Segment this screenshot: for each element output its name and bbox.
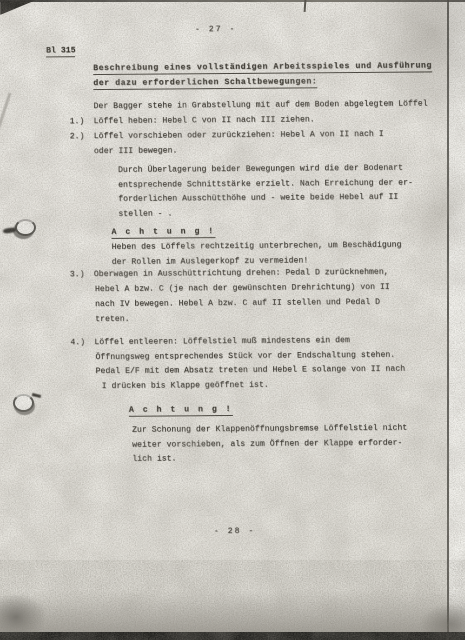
- step-3-line-3: nach IV bewegen. Hebel A bzw. C auf II s…: [95, 297, 380, 311]
- doc-ref-label: Bl 315: [46, 46, 76, 57]
- step-4-number: 4.): [70, 337, 94, 349]
- doc-ref: Bl 315: [46, 45, 76, 57]
- section-title-line-2: der dazu erforderlichen Schaltbewegungen…: [93, 76, 317, 90]
- step-1-line-1: 1.)Löffel heben: Hebel C von II nach III…: [70, 114, 315, 128]
- caution-1-line-2: der Rollen im Auslegerkopf zu vermeiden!: [112, 255, 309, 269]
- step-3-number: 3.): [70, 269, 94, 281]
- step-3-line-1: 3.)Oberwagen in Ausschüttrichtung drehen…: [70, 267, 389, 282]
- section-title-line-1: Beschreibung eines vollständigen Arbeits…: [93, 60, 432, 75]
- overlay-paragraph-line-4: stellen - .: [118, 208, 172, 220]
- page-number-bottom: - 28 -: [214, 526, 256, 538]
- scan-edge-bottom: [0, 632, 465, 640]
- overlay-paragraph-line-1: Durch Überlagerung beider Bewegungen wir…: [118, 163, 403, 177]
- caution-2-heading: A c h t u n g !: [129, 404, 233, 417]
- page-content: - 27 - Bl 315 Beschreibung eines vollstä…: [0, 0, 465, 640]
- caution-2-line-1: Zur Schonung der Klappenöffnungsbremse L…: [132, 423, 407, 437]
- overlay-paragraph-line-3: forderlichen Ausschütthöhe und - weite b…: [118, 192, 398, 206]
- step-4-line-3: Pedal E/F mit dem Absatz treten und Hebe…: [96, 364, 406, 378]
- caution-2-line-2: weiter vorschieben, als zum Öffnen der K…: [132, 437, 402, 451]
- step-1-number: 1.): [70, 116, 94, 128]
- scan-bottom-haze: [0, 590, 465, 632]
- overlay-paragraph-line-2: entsprechende Schnittstärke erzielt. Nac…: [118, 177, 413, 191]
- caution-1-line-1: Heben des Löffels rechtzeitig unterbrech…: [112, 240, 402, 254]
- page-number-top: - 27 -: [195, 24, 237, 36]
- step-2-line-2: oder III bewegen.: [94, 145, 178, 158]
- scanned-document-page: - 27 - Bl 315 Beschreibung eines vollstä…: [0, 0, 465, 640]
- step-4-line-1: 4.)Löffel entleeren: Löffelstiel muß min…: [70, 335, 350, 349]
- caution-2-line-3: lich ist.: [132, 453, 176, 465]
- scan-edge-right: [447, 0, 449, 640]
- step-4-line-2: Öffnungsweg entsprechendes Stück vor der…: [95, 349, 395, 363]
- scan-edge-top: [0, 0, 465, 2]
- caution-1-heading: A c h t u n g !: [111, 226, 215, 239]
- intro-paragraph: Der Bagger stehe in Grabstellung mit auf…: [93, 98, 427, 113]
- step-2-line-1: 2.)Löffel vorschieben oder zurückziehen:…: [70, 129, 384, 143]
- step-3-line-4: treten.: [95, 314, 129, 326]
- step-2-number: 2.): [70, 131, 94, 143]
- step-4-line-4: I drücken bis Klappe geöffnet ist.: [102, 379, 269, 392]
- step-3-line-2: Hebel A bzw. C (je nach der gewünschten …: [95, 282, 390, 296]
